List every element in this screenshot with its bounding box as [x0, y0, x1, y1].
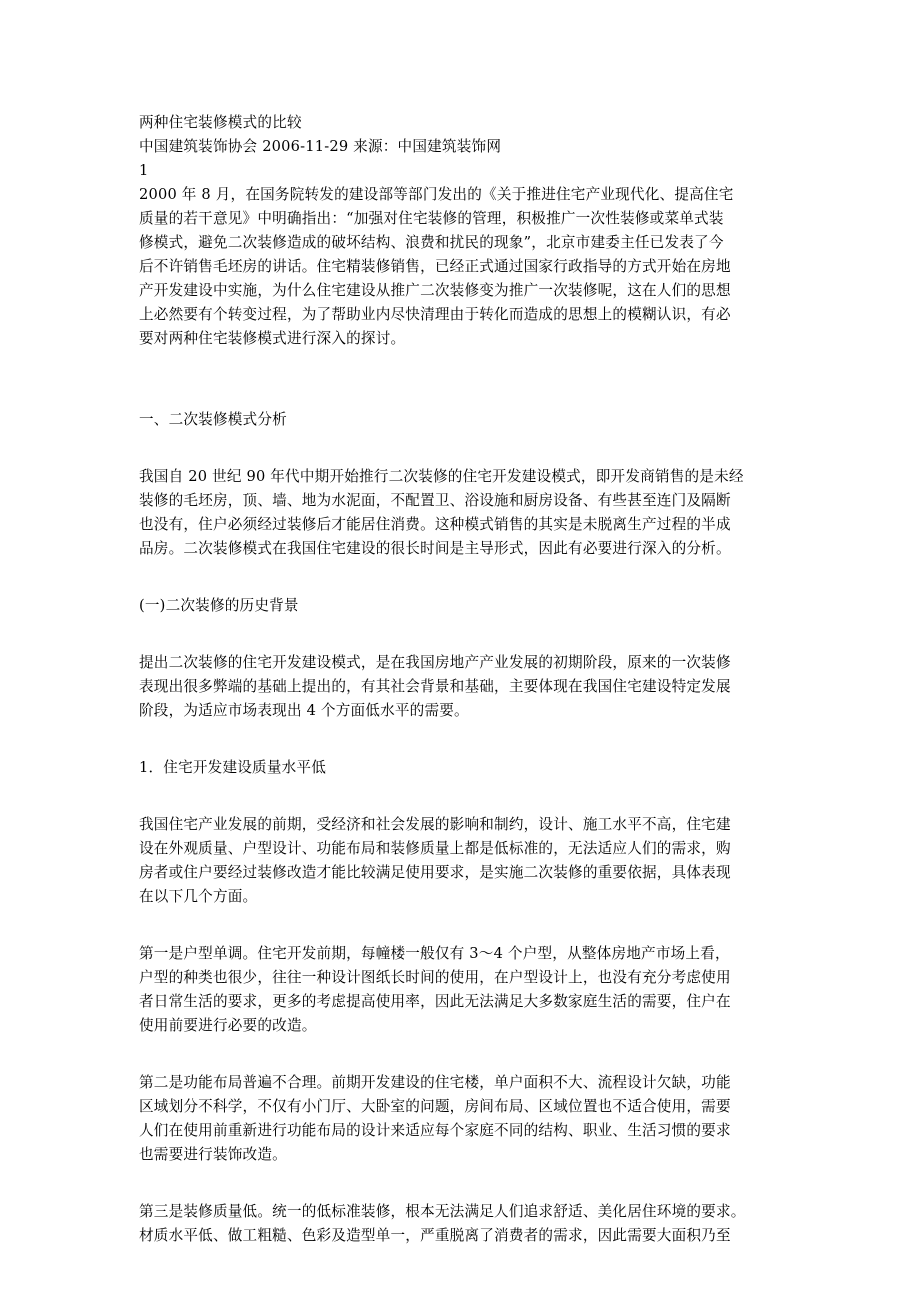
text-line: 人们在使用前重新进行功能布局的设计来适应每个家庭不同的结构、职业、生活习惯的要求: [139, 1119, 799, 1143]
text-line: 装修的毛坯房，顶、墙、地为水泥面，不配置卫、浴设施和厨房设备、有些甚至连门及隔断: [139, 489, 799, 513]
text-line: 设在外观质量、户型设计、功能布局和装修质量上都是低标准的，无法适应人们的需求，购: [139, 837, 799, 861]
text-line: 也需要进行装饰改造。: [139, 1143, 799, 1167]
document-page: 两种住宅装修模式的比较 中国建筑装饰协会 2006-11-29 来源：中国建筑装…: [139, 111, 799, 1248]
text-line: 区域划分不科学，不仅有小门厅、大卧室的问题，房间布局、区域位置也不适合使用，需要: [139, 1095, 799, 1119]
text-line: 第一是户型单调。住宅开发前期，每幢楼一般仅有 3～4 个户型，从整体房地产市场上…: [139, 942, 799, 966]
text-line: 要对两种住宅装修模式进行深入的探讨。: [139, 327, 799, 351]
point-heading: 1．住宅开发建设质量水平低: [139, 756, 799, 780]
text-line: 2000 年 8 月，在国务院转发的建设部等部门发出的《关于推进住宅产业现代化、…: [139, 183, 799, 207]
text-line: 第二是功能布局普遍不合理。前期开发建设的住宅楼，单户面积不大、流程设计欠缺，功能: [139, 1071, 799, 1095]
text-line: 后不许销售毛坯房的讲话。住宅精装修销售，已经正式通过国家行政指导的方式开始在房地: [139, 255, 799, 279]
section1-paragraph: 我国自 20 世纪 90 年代中期开始推行二次装修的住宅开发建设模式，即开发商销…: [139, 465, 799, 561]
text-line: 阶段，为适应市场表现出 4 个方面低水平的需要。: [139, 699, 799, 723]
text-line: 第三是装修质量低。统一的低标准装修，根本无法满足人们追求舒适、美化居住环境的要求…: [139, 1200, 799, 1224]
text-line: 使用前要进行必要的改造。: [139, 1014, 799, 1038]
text-line: 上必然要有个转变过程，为了帮助业内尽快清理由于转化而造成的思想上的模糊认识，有必: [139, 303, 799, 327]
subsection-heading: (一)二次装修的历史背景: [139, 594, 799, 618]
text-line: 材质水平低、做工粗糙、色彩及造型单一，严重脱离了消费者的需求，因此需要大面积乃至: [139, 1224, 799, 1248]
text-line: 我国自 20 世纪 90 年代中期开始推行二次装修的住宅开发建设模式，即开发商销…: [139, 465, 799, 489]
text-line: 也没有，住户必须经过装修后才能居住消费。这种模式销售的其实是未脱离生产过程的半成: [139, 513, 799, 537]
section-heading: 一、二次装修模式分析: [139, 408, 799, 432]
text-line: 修模式，避免二次装修造成的破坏结构、浪费和扰民的现象”，北京市建委主任已发表了今: [139, 231, 799, 255]
text-line: 户型的种类也很少，往往一种设计图纸长时间的使用，在户型设计上，也没有充分考虑使用: [139, 966, 799, 990]
text-line: 我国住宅产业发展的前期，受经济和社会发展的影响和制约，设计、施工水平不高，住宅建: [139, 813, 799, 837]
text-line: 在以下几个方面。: [139, 885, 799, 909]
point1-paragraph: 我国住宅产业发展的前期，受经济和社会发展的影响和制约，设计、施工水平不高，住宅建…: [139, 813, 799, 909]
text-line: 房者或住户要经过装修改造才能比较满足使用要求，是实施二次装修的重要依据，具体表现: [139, 861, 799, 885]
text-line: 提出二次装修的住宅开发建设模式，是在我国房地产产业发展的初期阶段，原来的一次装修: [139, 651, 799, 675]
text-line: 者日常生活的要求，更多的考虑提高使用率，因此无法满足大多数家庭生活的需要，住户在: [139, 990, 799, 1014]
text-line: 产开发建设中实施，为什么住宅建设从推广二次装修变为推广一次装修呢，这在人们的思想: [139, 279, 799, 303]
second-point-paragraph: 第二是功能布局普遍不合理。前期开发建设的住宅楼，单户面积不大、流程设计欠缺，功能…: [139, 1071, 799, 1167]
text-line: 表现出很多弊端的基础上提出的，有其社会背景和基础，主要体现在我国住宅建设特定发展: [139, 675, 799, 699]
page-marker: 1: [139, 159, 799, 183]
intro-paragraph: 2000 年 8 月，在国务院转发的建设部等部门发出的《关于推进住宅产业现代化、…: [139, 183, 799, 351]
subsection1-paragraph: 提出二次装修的住宅开发建设模式，是在我国房地产产业发展的初期阶段，原来的一次装修…: [139, 651, 799, 723]
third-point-paragraph: 第三是装修质量低。统一的低标准装修，根本无法满足人们追求舒适、美化居住环境的要求…: [139, 1200, 799, 1248]
first-point-paragraph: 第一是户型单调。住宅开发前期，每幢楼一般仅有 3～4 个户型，从整体房地产市场上…: [139, 942, 799, 1038]
document-title: 两种住宅装修模式的比较: [139, 111, 799, 135]
text-line: 品房。二次装修模式在我国住宅建设的很长时间是主导形式，因此有必要进行深入的分析。: [139, 537, 799, 561]
text-line: 质量的若干意见》中明确指出：“加强对住宅装修的管理，积极推广一次性装修或菜单式装: [139, 207, 799, 231]
document-byline: 中国建筑装饰协会 2006-11-29 来源：中国建筑装饰网: [139, 135, 799, 159]
